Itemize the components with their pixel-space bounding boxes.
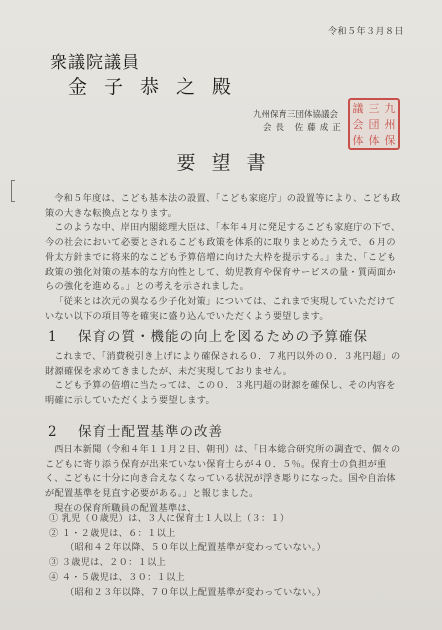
criteria-note: （昭和４２年以降、５０年以上配置基準が変わっていない。） [45,541,401,556]
criteria-item: ③ ３歳児は、２０：１以上 [45,556,401,571]
section-title: 保育の質・機能の向上を図るための予算確保 [78,329,368,345]
staffing-criteria-list: ① 乳児（０歳児）は、３人に保育士１人以上（３：１） ② １・２歳児は、６：１以… [45,512,401,600]
section-paragraph: 西日本新聞（令和４年１１月２日、朝刊）は、「日本総合研究所の調査で、個々のこども… [45,443,401,502]
document-title: 要望書 [0,148,442,175]
section-1-body: これまで、「消費税引き上げにより確保される０．７兆円以外の０．３兆円超」の財源確… [45,350,401,409]
criteria-item: ④ ４・５歳児は、３０：１以上 [45,571,401,586]
seal-stamp-icon: 議 三 九 会 団 州 体 体 保 [348,98,400,150]
intro-section: 令和５年度は、こども基本法の設置、「こども家庭庁」の設置等により、こども政策の大… [45,192,401,324]
addressee-name: 金子恭之殿 [68,72,248,99]
section-paragraph: こども予算の倍増に当たっては、この０．３兆円超の財源を確保し、その内容を明確に示… [45,379,401,408]
margin-bracket-mark [11,180,15,202]
document-date: 令和５年３月８日 [328,24,404,37]
intro-paragraph: 令和５年度は、こども基本法の設置、「こども家庭庁」の設置等により、こども政策の大… [45,192,401,221]
seal-char: 九 [382,103,398,114]
seal-char: 会 [350,119,366,130]
addressee-title: 衆議院議員 [50,48,140,73]
sender-block: 九州保育三団体協議会 会長 佐藤成正 [253,109,345,135]
seal-char: 議 [350,103,366,114]
criteria-note: （昭和２３年以降、７０年以上配置基準が変わっていない。） [45,586,401,601]
sender-organization: 九州保育三団体協議会 [253,109,345,122]
intro-paragraph: このような中、岸田内閣総理大臣は、「本年４月に発足するこども家庭庁の下で、今の社… [45,221,401,295]
section-paragraph: これまで、「消費税引き上げにより確保される０．７兆円以外の０．３兆円超」の財源確… [45,350,401,379]
section-title: 保育士配置基準の改善 [78,424,223,440]
seal-char: 団 [366,119,382,130]
seal-char: 州 [382,119,398,130]
intro-paragraph: 「従来とは次元の異なる少子化対策」については、これまで実現していただけていない以… [45,295,401,324]
section-2-body: 西日本新聞（令和４年１１月２日、朝刊）は、「日本総合研究所の調査で、個々のこども… [45,443,401,517]
seal-char: 体 [350,135,366,146]
document-page: 令和５年３月８日 衆議院議員 金子恭之殿 九州保育三団体協議会 会長 佐藤成正 … [0,0,442,630]
criteria-item: ② １・２歳児は、６：１以上 [45,527,401,542]
section-heading-2: 2保育士配置基準の改善 [48,420,223,440]
section-number: 2 [48,424,78,440]
seal-char: 保 [382,135,398,146]
seal-char: 体 [366,135,382,146]
seal-char: 三 [366,103,382,114]
section-number: 1 [48,329,78,345]
criteria-item: ① 乳児（０歳児）は、３人に保育士１人以上（３：１） [45,512,401,527]
section-heading-1: 1保育の質・機能の向上を図るための予算確保 [48,325,368,345]
sender-representative: 会長 佐藤成正 [253,122,345,135]
